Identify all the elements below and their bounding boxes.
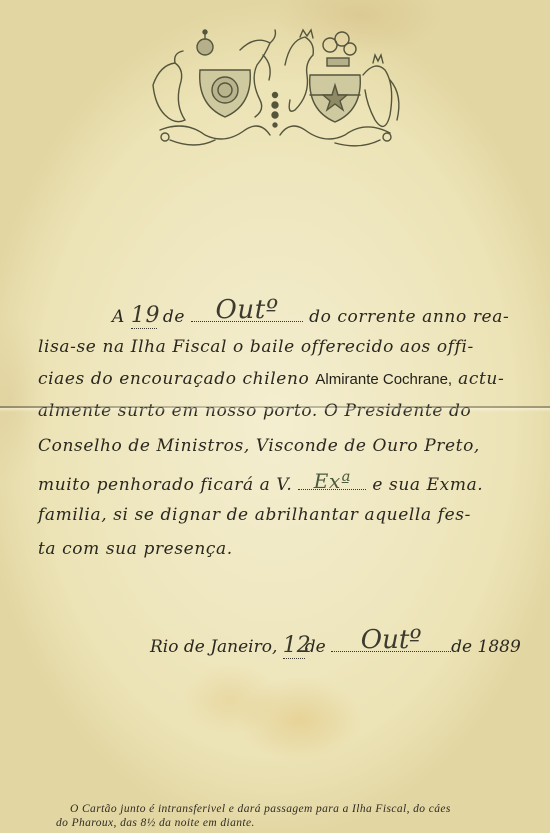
date-month-field: Outº <box>331 633 451 652</box>
date-city: Rio de Janeiro, <box>150 637 277 657</box>
body-line-3-prefix: ciaes do encouraçado chileno <box>38 369 309 389</box>
footer-note: O Cartão junto é intransferivel e dará p… <box>70 802 530 830</box>
body-line-8: ta com sua presença. <box>38 539 518 559</box>
month-field: Outº <box>191 303 303 322</box>
date-year: 1889 <box>478 637 521 657</box>
body-line-5: Conselho de Ministros, Visconde de Ouro … <box>38 436 518 456</box>
coat-of-arms-icon <box>145 25 405 150</box>
footer-line-1: O Cartão junto é intransferivel e dará p… <box>70 802 530 816</box>
day-field: 19 <box>131 303 157 329</box>
body-line-6-prefix: muito penhorado ficará a V. <box>38 475 292 495</box>
body-line-1-suffix: do corrente anno rea- <box>309 307 509 327</box>
body-line-3: ciaes do encouraçado chileno Almirante C… <box>38 369 518 389</box>
paper-fold-shadow <box>0 408 550 412</box>
date-month-handwritten: Outº <box>331 627 451 653</box>
title-field: Exª <box>298 471 366 490</box>
body-line-1-de: de <box>163 307 185 327</box>
date-de-2: de <box>451 637 472 657</box>
body-line-3-suffix: actu- <box>458 369 504 389</box>
date-line: Rio de Janeiro, 12 de Outº de 1889 <box>150 633 521 659</box>
footer-line-2: do Pharoux, das 8½ da noite em diante. <box>56 816 530 830</box>
ship-name: Almirante Cochrane, <box>315 371 452 388</box>
month-handwritten: Outº <box>191 297 303 323</box>
body-line-1: A 19 de Outº do corrente anno rea- <box>112 303 550 329</box>
body-line-2: lisa-se na Ilha Fiscal o baile offerecid… <box>38 337 518 357</box>
body-line-1-prefix: A <box>112 307 125 327</box>
title-handwritten: Exª <box>298 471 366 491</box>
date-day-field: 12 <box>283 633 305 659</box>
invitation-document: A 19 de Outº do corrente anno rea- lisa-… <box>0 0 550 833</box>
body-line-6-suffix: e sua Exma. <box>372 475 483 495</box>
body-line-7: familia, si se dignar de abrilhantar aqu… <box>38 505 518 525</box>
day-handwritten: 19 <box>131 303 160 328</box>
body-line-6: muito penhorado ficará a V. Exª e sua Ex… <box>38 471 518 495</box>
date-day-handwritten: 12 <box>283 633 311 658</box>
